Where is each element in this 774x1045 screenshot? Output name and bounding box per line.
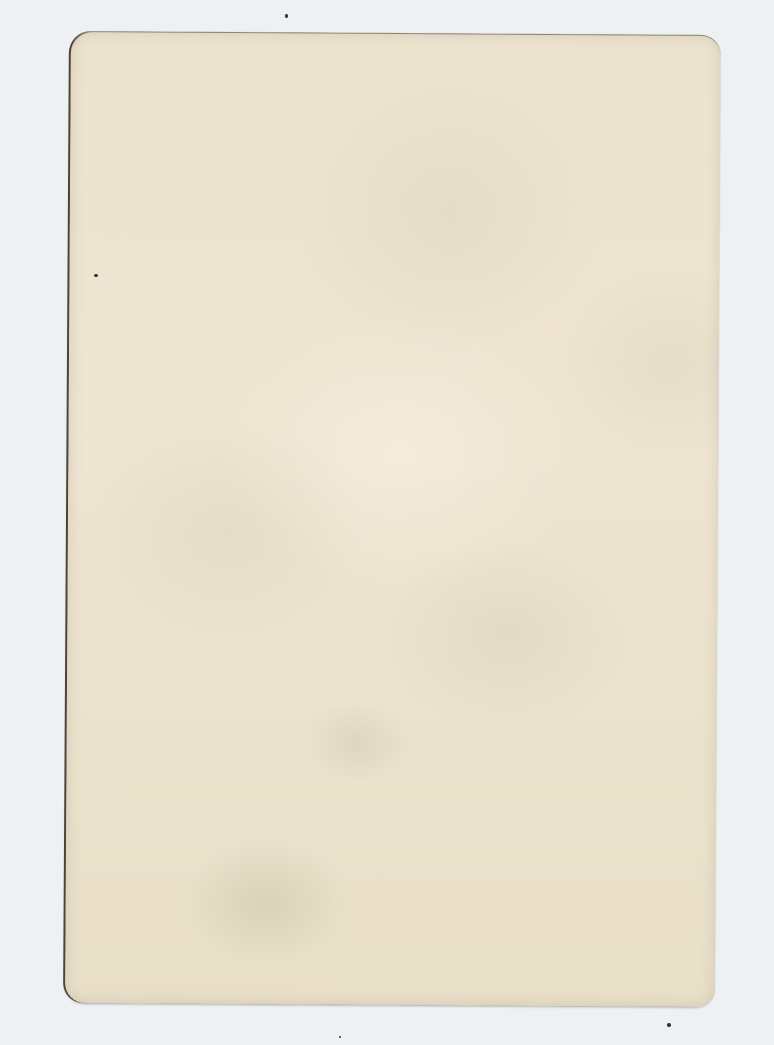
dust-speck [667,1023,671,1027]
dust-speck [285,14,288,18]
blank-card [65,31,721,1007]
card-aged-edge [65,31,721,1007]
dust-speck [94,274,98,277]
dust-speck [339,1036,341,1038]
